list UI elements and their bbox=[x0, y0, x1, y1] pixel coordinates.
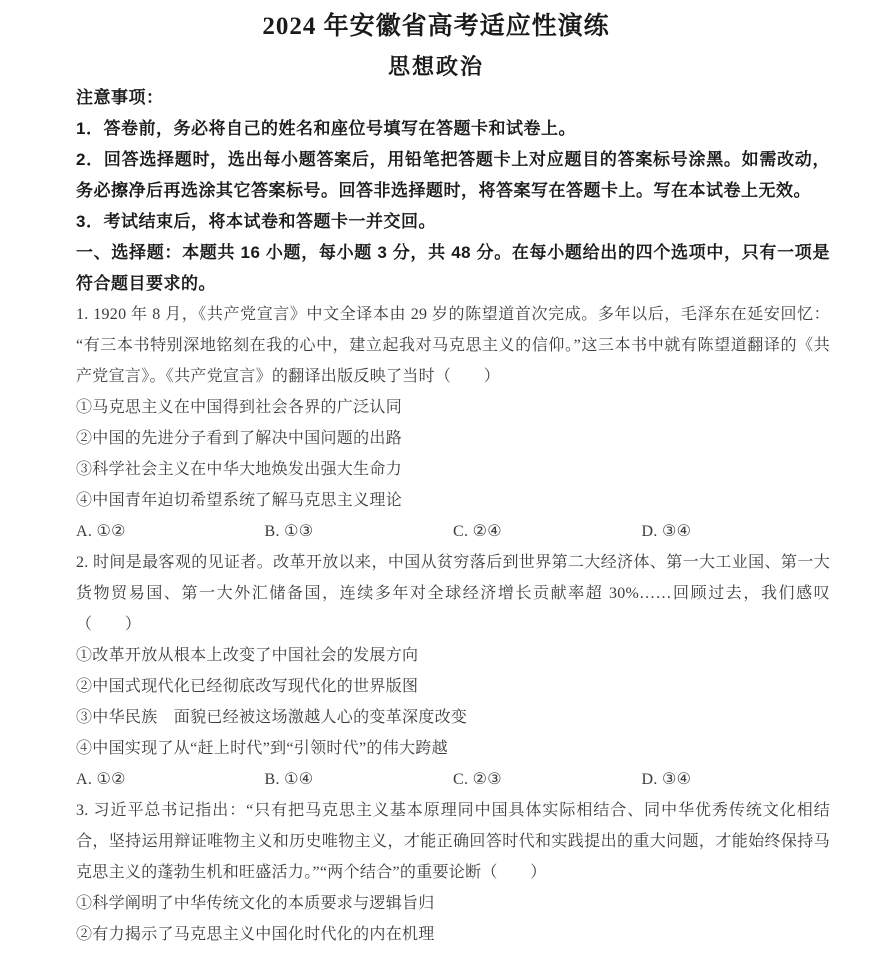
question-3-statement-2: ②有力揭示了马克思主义中国化时代化的内在机理 bbox=[76, 919, 830, 950]
exam-paper-page: 2024 年安徽省高考适应性演练 思想政治 注意事项： 1．答卷前，务必将自己的… bbox=[0, 0, 872, 976]
notice-heading: 注意事项： bbox=[76, 82, 830, 113]
question-1-choice-d: D. ③④ bbox=[642, 516, 831, 547]
question-1-statement-4: ④中国青年迫切希望系统了解马克思主义理论 bbox=[76, 485, 830, 516]
question-2-choice-b: B. ①④ bbox=[265, 764, 454, 795]
question-2-statement-2: ②中国式现代化已经彻底改写现代化的世界版图 bbox=[76, 671, 830, 702]
notice-item-2: 2．回答选择题时，选出每小题答案后，用铅笔把答题卡上对应题目的答案标号涂黑。如需… bbox=[76, 144, 830, 206]
question-2-statement-4: ④中国实现了从“赶上时代”到“引领时代”的伟大跨越 bbox=[76, 733, 830, 764]
question-1-choice-b: B. ①③ bbox=[265, 516, 454, 547]
question-2-statement-1: ①改革开放从根本上改变了中国社会的发展方向 bbox=[76, 640, 830, 671]
question-2-stem: 2. 时间是最客观的见证者。改革开放以来，中国从贫穷落后到世界第二大经济体、第一… bbox=[76, 547, 830, 640]
question-2: 2. 时间是最客观的见证者。改革开放以来，中国从贫穷落后到世界第二大经济体、第一… bbox=[76, 547, 830, 795]
question-3-stem: 3. 习近平总书记指出：“只有把马克思主义基本原理同中国具体实际相结合、同中华优… bbox=[76, 795, 830, 888]
question-1-choice-a: A. ①② bbox=[76, 516, 265, 547]
question-2-choice-a: A. ①② bbox=[76, 764, 265, 795]
question-1-statement-3: ③科学社会主义在中华大地焕发出强大生命力 bbox=[76, 454, 830, 485]
question-2-choices-row: A. ①② B. ①④ C. ②③ D. ③④ bbox=[76, 764, 830, 795]
question-1-choice-c: C. ②④ bbox=[453, 516, 642, 547]
question-1-statement-2: ②中国的先进分子看到了解决中国问题的出路 bbox=[76, 423, 830, 454]
paper-subtitle: 思想政治 bbox=[0, 52, 872, 82]
paper-header: 2024 年安徽省高考适应性演练 思想政治 bbox=[0, 10, 872, 82]
question-1-stem: 1. 1920 年 8 月，《共产党宣言》中文全译本由 29 岁的陈望道首次完成… bbox=[76, 299, 830, 392]
notice-section: 注意事项： 1．答卷前，务必将自己的姓名和座位号填写在答题卡和试卷上。 2．回答… bbox=[76, 82, 830, 237]
question-3: 3. 习近平总书记指出：“只有把马克思主义基本原理同中国具体实际相结合、同中华优… bbox=[76, 795, 830, 950]
section-heading: 一、选择题：本题共 16 小题，每小题 3 分，共 48 分。在每小题给出的四个… bbox=[76, 237, 830, 299]
question-1-choices-row: A. ①② B. ①③ C. ②④ D. ③④ bbox=[76, 516, 830, 547]
notice-item-3: 3．考试结束后，将本试卷和答题卡一并交回。 bbox=[76, 206, 830, 237]
question-1-statement-1: ①马克思主义在中国得到社会各界的广泛认同 bbox=[76, 392, 830, 423]
question-3-statement-1: ①科学阐明了中华传统文化的本质要求与逻辑旨归 bbox=[76, 888, 830, 919]
question-2-statement-3: ③中华民族 面貌已经被这场激越人心的变革深度改变 bbox=[76, 702, 830, 733]
question-1: 1. 1920 年 8 月，《共产党宣言》中文全译本由 29 岁的陈望道首次完成… bbox=[76, 299, 830, 547]
question-2-choice-d: D. ③④ bbox=[642, 764, 831, 795]
paper-title: 2024 年安徽省高考适应性演练 bbox=[0, 10, 872, 44]
notice-item-1: 1．答卷前，务必将自己的姓名和座位号填写在答题卡和试卷上。 bbox=[76, 113, 830, 144]
question-2-choice-c: C. ②③ bbox=[453, 764, 642, 795]
